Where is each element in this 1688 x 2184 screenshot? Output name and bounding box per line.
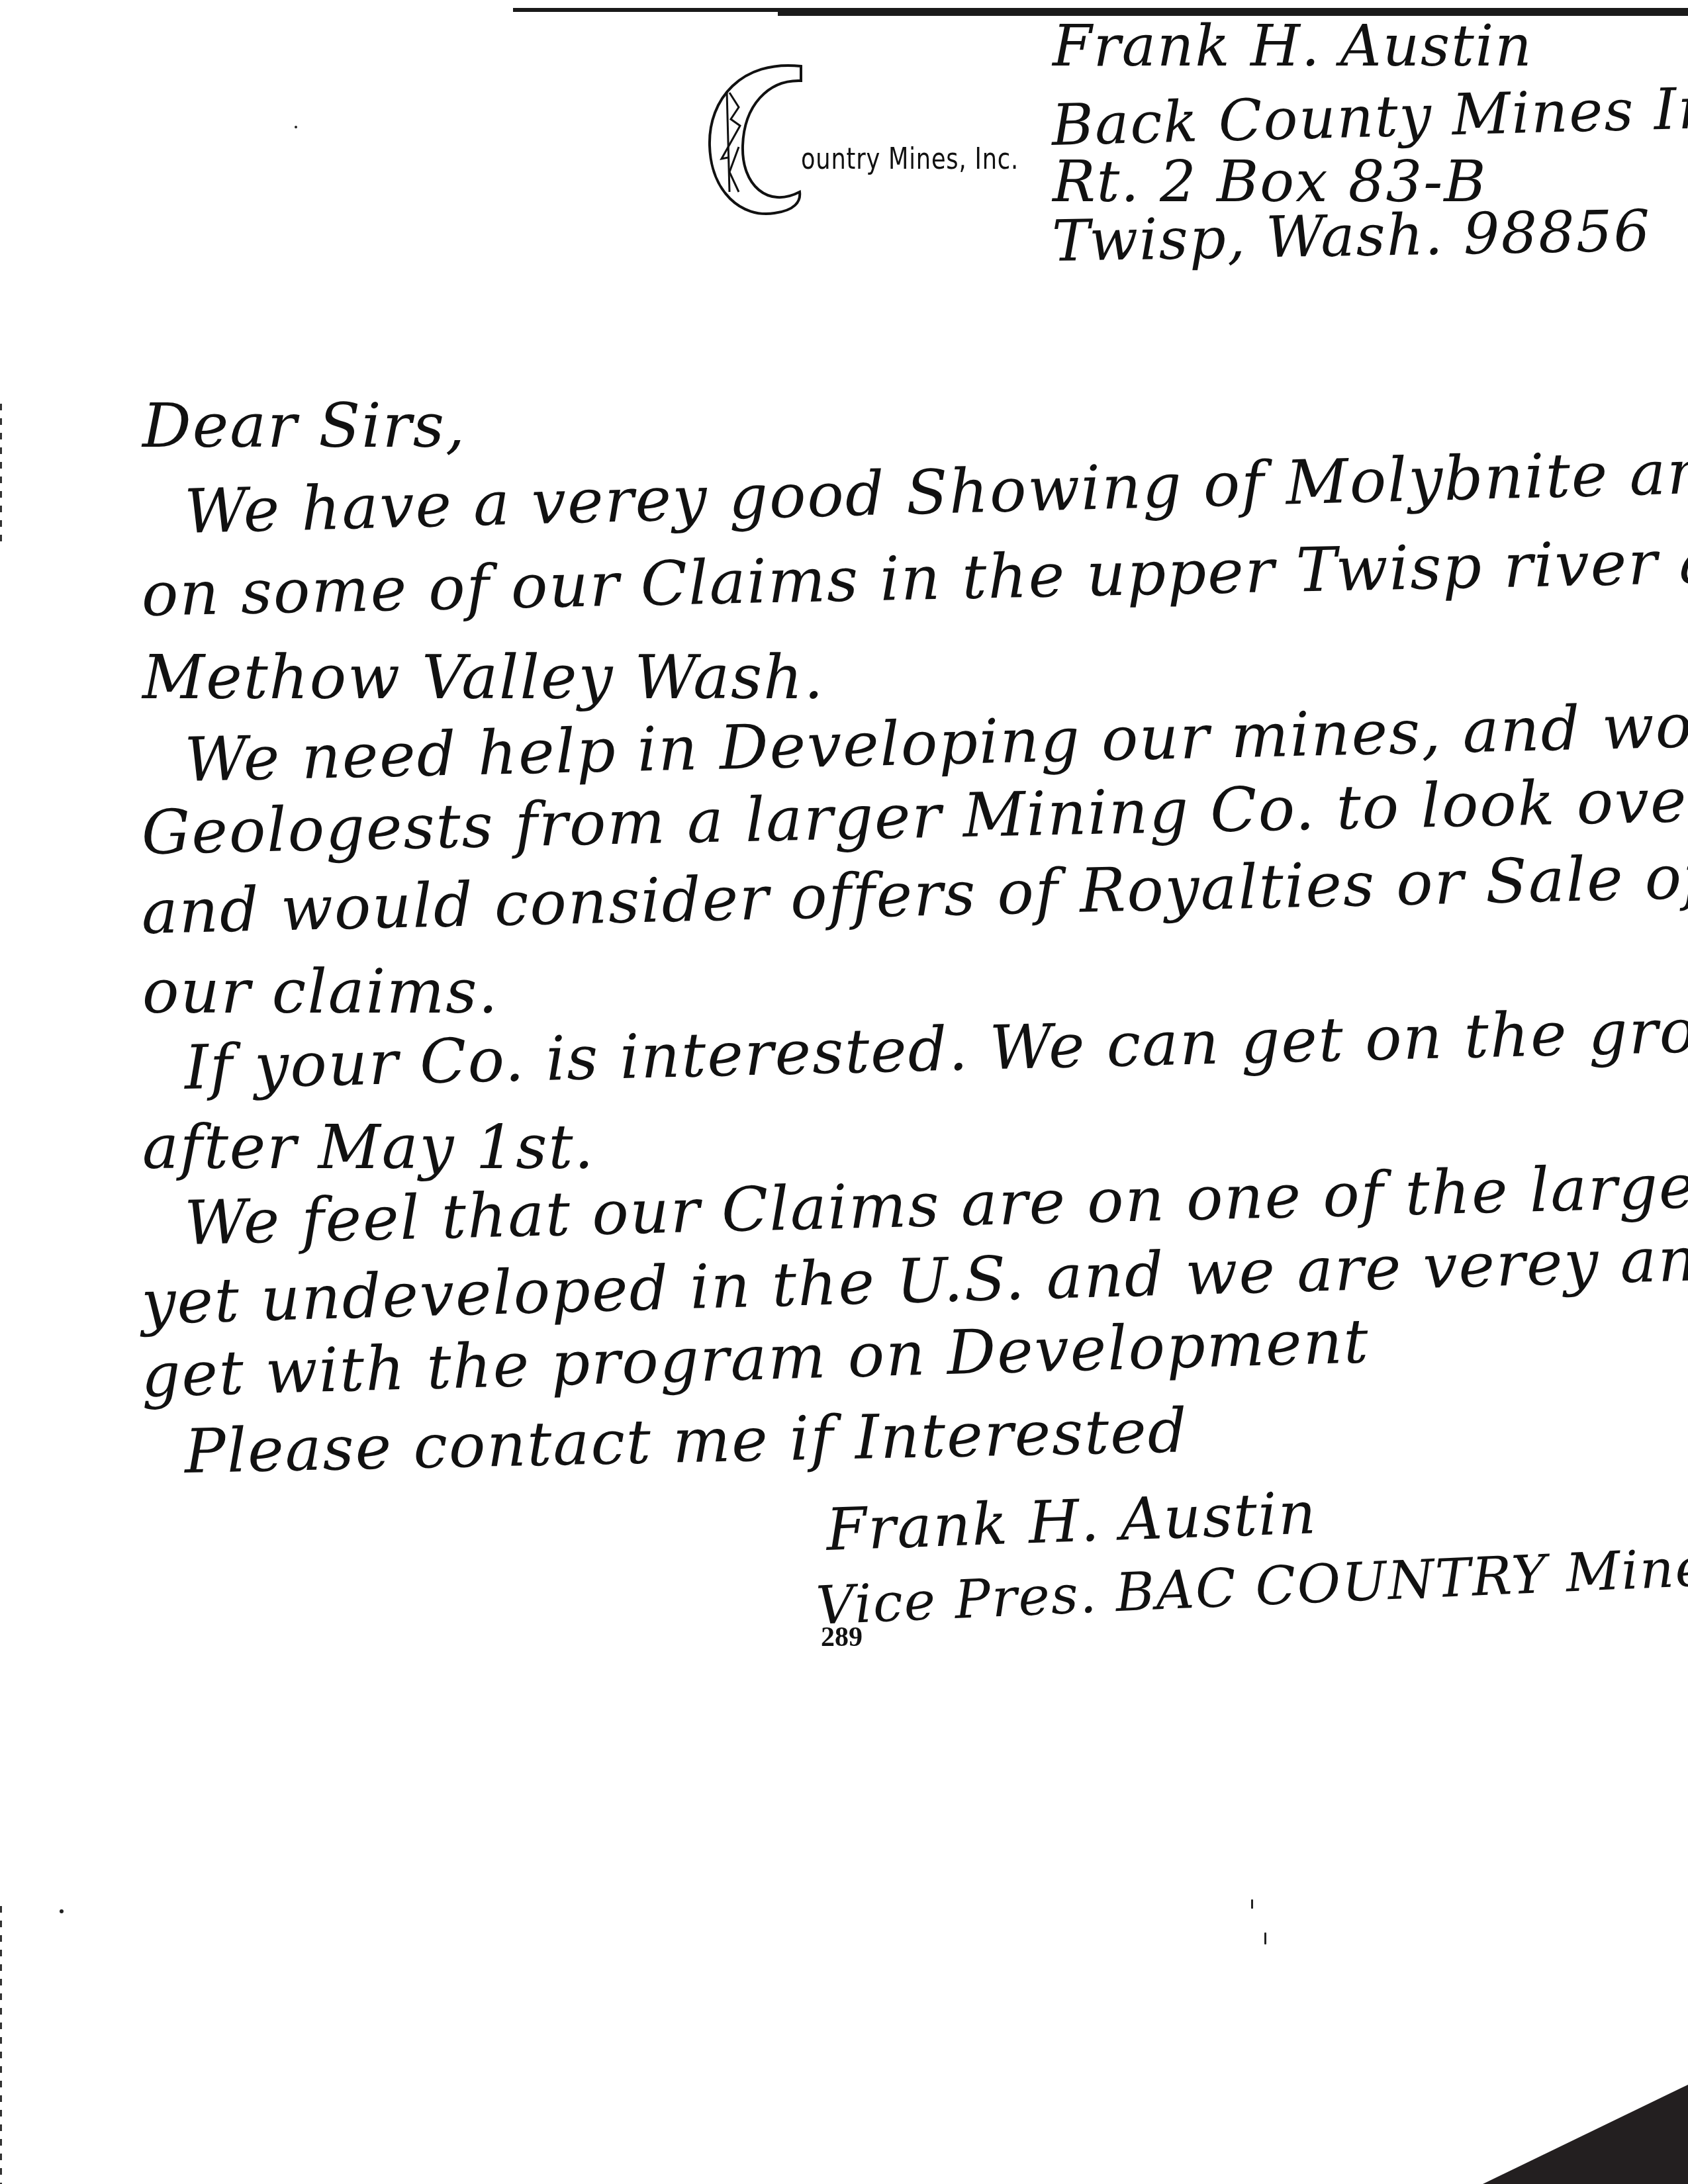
scan-edge-mark [0, 404, 2, 549]
sender-city: Twisp, Wash. 98856 [1051, 198, 1652, 275]
letter-page: ountry Mines, Inc. Frank H. Austin Back … [0, 0, 1688, 2184]
signature-name: Frank H. Austin [825, 1479, 1318, 1564]
salutation: Dear Sirs, [142, 390, 466, 461]
page-number: 289 [821, 1621, 863, 1653]
body-line: after May 1st. [142, 1112, 595, 1183]
logo-text: ountry Mines, Inc. [801, 142, 1019, 176]
scan-corner-shadow [1483, 2085, 1688, 2184]
sender-company: Back County Mines Inc [1051, 74, 1688, 159]
scan-speck [60, 1909, 64, 1913]
scan-speck [295, 126, 297, 128]
top-scan-rule [513, 8, 1688, 12]
body-line: Methow Valley Wash. [142, 642, 825, 713]
body-line: our claims. [142, 956, 499, 1027]
body-line: Please contact me if Interested [184, 1395, 1189, 1487]
scan-speck [1264, 1933, 1266, 1944]
company-logo-icon [702, 60, 900, 218]
sender-name: Frank H. Austin [1053, 13, 1533, 79]
scan-speck [1251, 1899, 1253, 1909]
scan-edge-mark [0, 1906, 2, 2184]
